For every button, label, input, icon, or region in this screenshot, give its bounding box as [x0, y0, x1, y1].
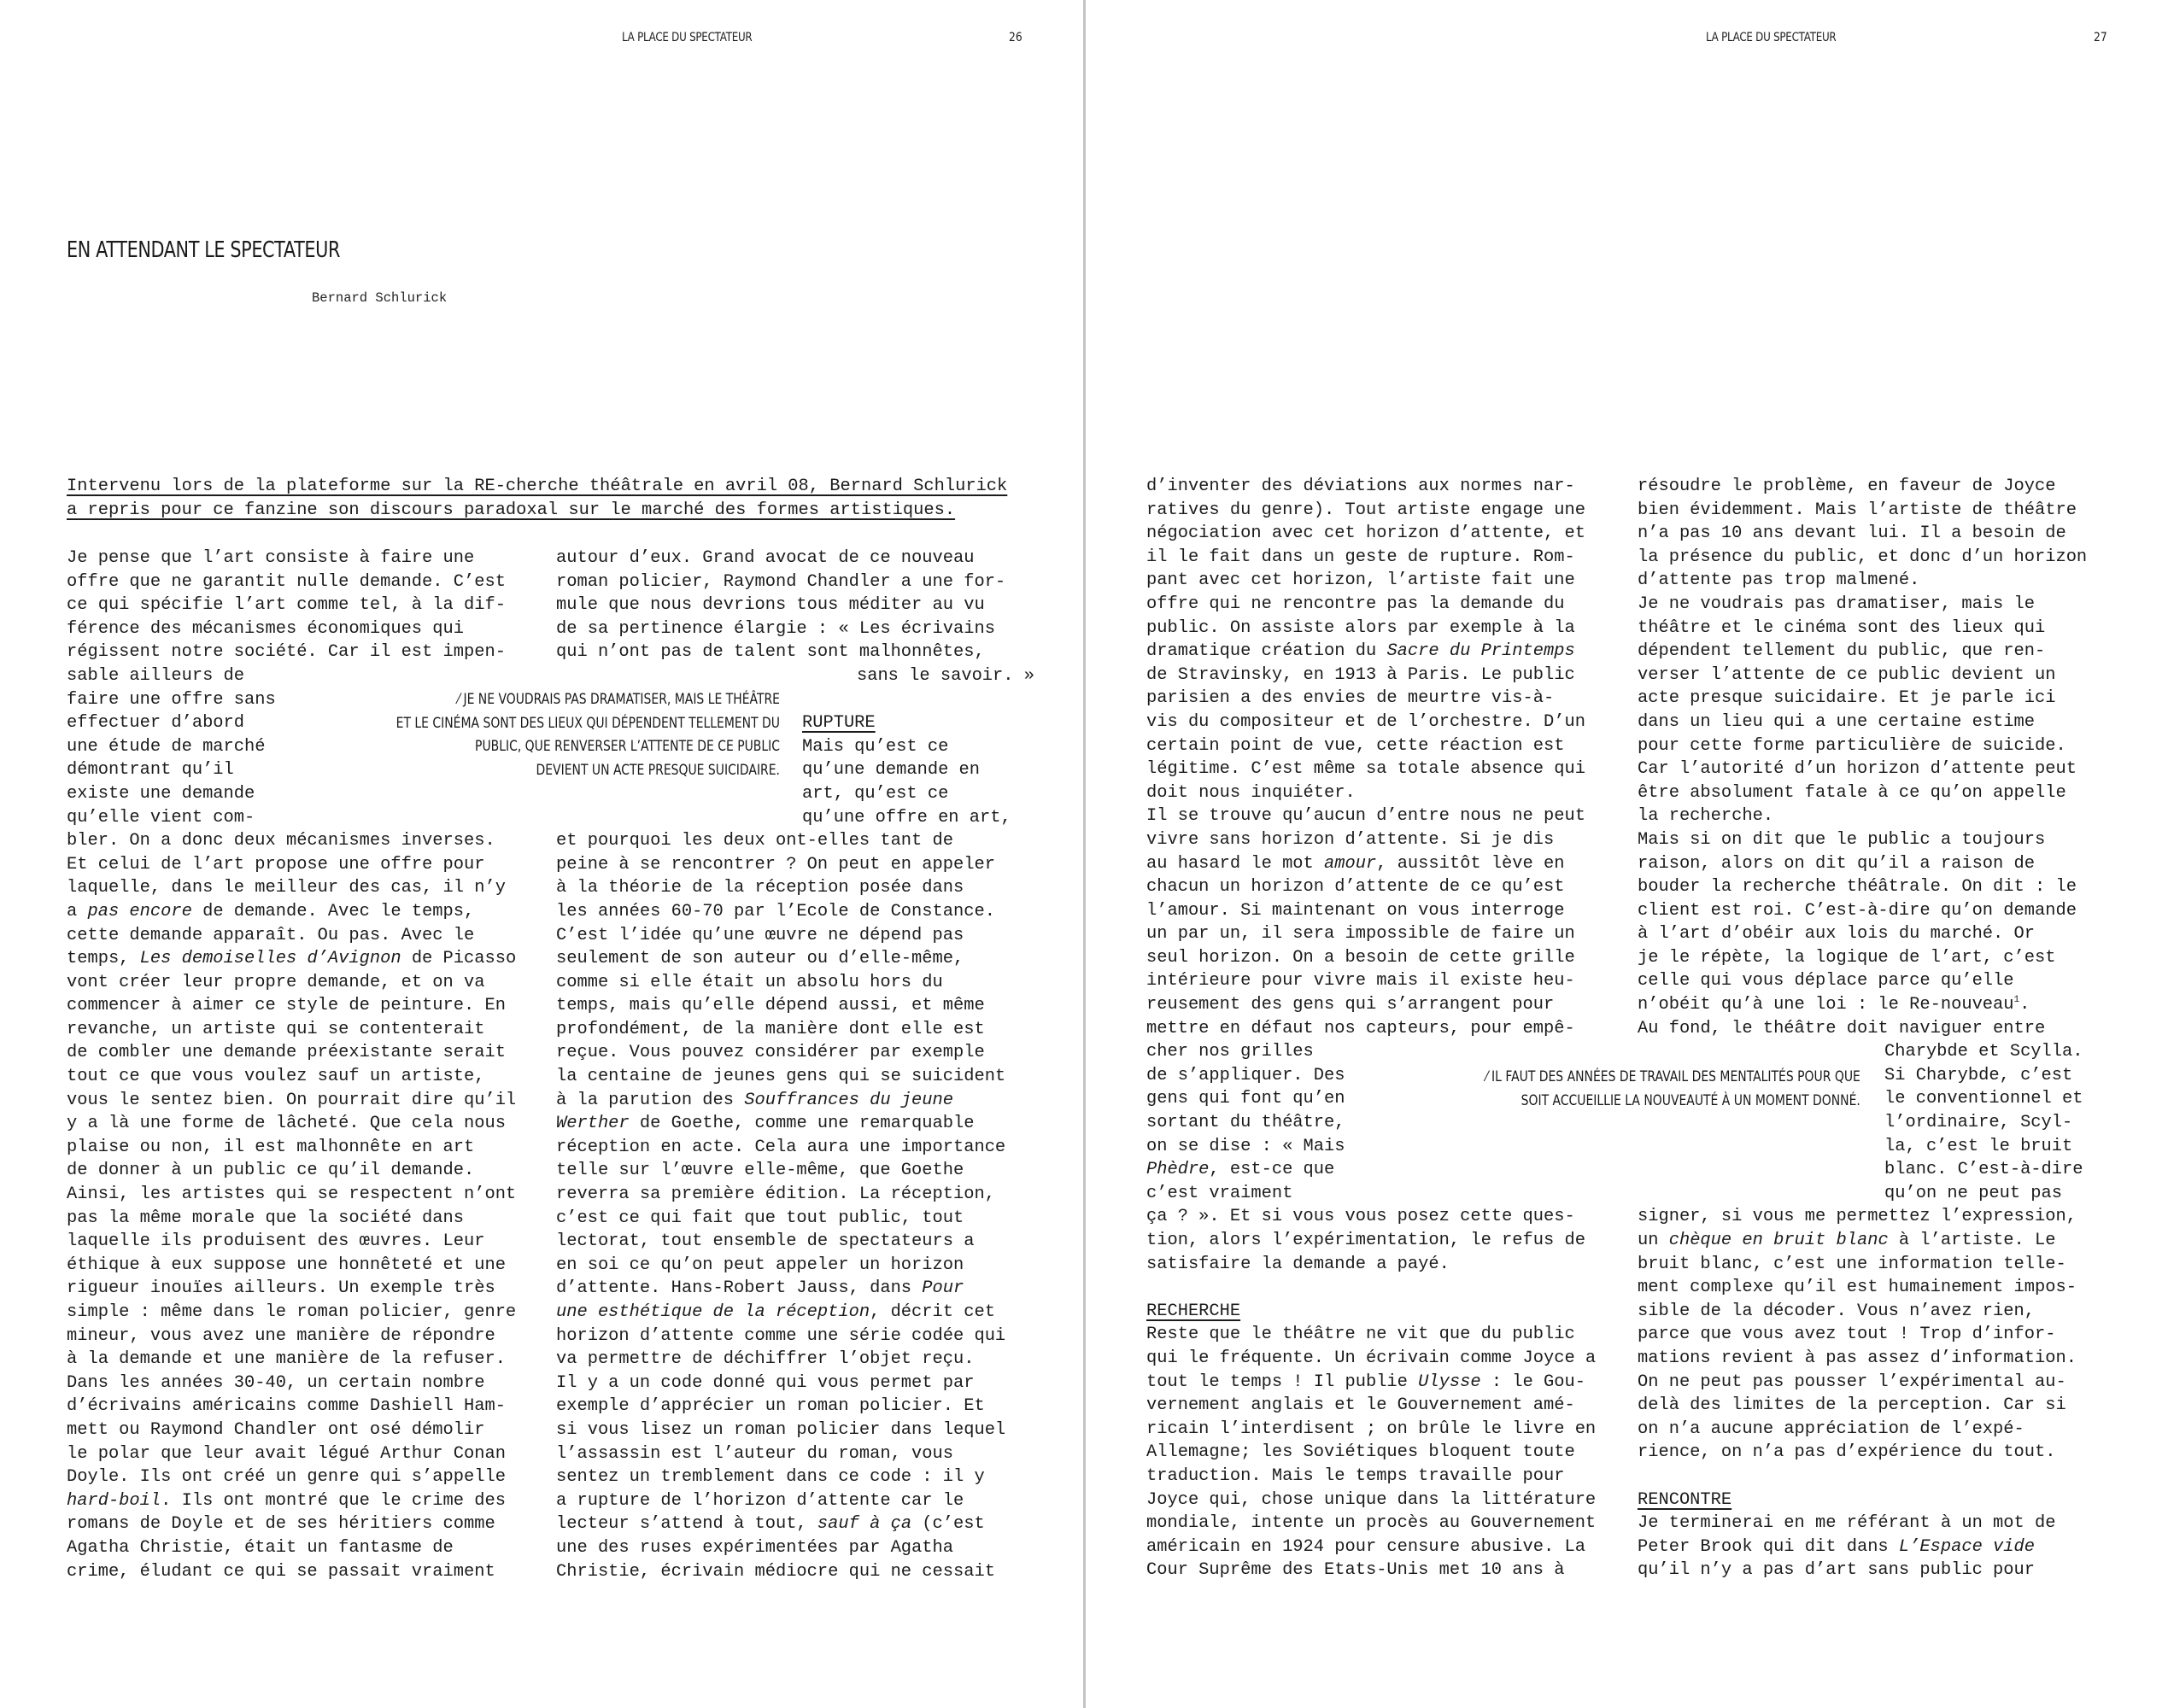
body-line: Car l’autorité d’un horizon d’attente pe…	[1638, 757, 2116, 781]
body-line: Et celui de l’art propose une offre pour	[67, 853, 516, 877]
body-line: signer, si vous me permettez l’expressio…	[1638, 1205, 2116, 1229]
author-name: Bernard Schlurick	[312, 290, 447, 306]
body-line: celle qui vous déplace parce qu’elle	[1638, 969, 2116, 993]
body-line: parce que vous avez tout ! Trop d’infor-	[1638, 1323, 2116, 1347]
body-line: cher nos grilles	[1146, 1040, 1596, 1064]
body-line: Joyce qui, chose unique dans la littérat…	[1146, 1489, 1596, 1512]
body-line: n’obéit qu’à une loi : le Re-nouveau1.	[1638, 993, 2116, 1017]
body-line: de Stravinsky, en 1913 à Paris. Le publi…	[1146, 664, 1596, 687]
body-line: art, qu’est ce	[556, 782, 1034, 806]
right-page-column-2: résoudre le problème, en faveur de Joyce…	[1638, 475, 2116, 1582]
body-line: être absolument fatale à ce qu’on appell…	[1638, 781, 2116, 805]
body-line: profondément, de la manière dont elle es…	[556, 1018, 1034, 1042]
body-line: reusement des gens qui s’arrangent pour	[1146, 993, 1596, 1017]
body-line: à l’art d’obéir aux lois du marché. Or	[1638, 922, 2116, 946]
body-line: ce qui spécifie l’art comme tel, à la di…	[67, 594, 516, 617]
body-line: un par un, il sera impossible de faire u…	[1146, 922, 1596, 946]
body-line: Allemagne; les Soviétiques bloquent tout…	[1146, 1441, 1596, 1465]
body-line: sans le savoir. »	[556, 664, 1034, 688]
body-line: qui le fréquente. Un écrivain comme Joyc…	[1146, 1347, 1596, 1371]
body-line: un chèque en bruit blanc à l’artiste. Le	[1638, 1229, 2116, 1253]
body-line: la, c’est le bruit	[1638, 1135, 2116, 1159]
body-line: crime, éludant ce qui se passait vraimen…	[67, 1560, 516, 1584]
body-line: Charybde et Scylla.	[1638, 1040, 2116, 1064]
body-line: simple : même dans le roman policier, ge…	[67, 1301, 516, 1325]
body-line: d’attente pas trop malmené.	[1638, 569, 2116, 593]
body-line: pant avec cet horizon, l’artiste fait un…	[1146, 569, 1596, 593]
body-line: seulement de son auteur ou d’elle-même,	[556, 947, 1034, 971]
page-number: 26	[1009, 31, 1022, 44]
body-line: à la théorie de la réception posée dans	[556, 876, 1034, 900]
intro-line: Intervenu lors de la plateforme sur la R…	[67, 475, 1007, 499]
body-line: en soi ce qu’on peut appeler un horizon	[556, 1254, 1034, 1278]
body-line: ça ? ». Et si vous vous posez cette ques…	[1146, 1205, 1596, 1229]
body-line: sortant du théâtre,	[1146, 1111, 1596, 1135]
body-line: d’attente. Hans-Robert Jauss, dans Pour	[556, 1277, 1034, 1301]
body-line: vivre sans horizon d’attente. Si je dis	[1146, 828, 1596, 852]
body-line: laquelle ils produisent des œuvres. Leur	[67, 1230, 516, 1254]
body-line: exemple d’apprécier un roman policier. E…	[556, 1395, 1034, 1418]
body-line: mule que nous devrions tous méditer au v…	[556, 594, 1034, 617]
body-line: certain point de vue, cette réaction est	[1146, 734, 1596, 758]
body-line: acte presque suicidaire. Et je parle ici	[1638, 687, 2116, 711]
body-line: sable ailleurs de	[67, 664, 516, 688]
body-line: et pourquoi les deux ont-elles tant de	[556, 829, 1034, 853]
body-line: ment complexe qu’il est humainement impo…	[1638, 1276, 2116, 1300]
body-line: offre qui ne rencontre pas la demande du	[1146, 593, 1596, 617]
body-line: plaise ou non, il est malhonnête en art	[67, 1136, 516, 1160]
body-line: Il y a un code donné qui vous permet par	[556, 1372, 1034, 1395]
body-line: bouder la recherche théâtrale. On dit : …	[1638, 875, 2116, 899]
body-line: l’ordinaire, Scyl-	[1638, 1111, 2116, 1135]
body-line: une des ruses expérimentées par Agatha	[556, 1536, 1034, 1560]
body-line: doit nous inquiéter.	[1146, 781, 1596, 805]
body-line: qu’il n’y a pas d’art sans public pour	[1638, 1559, 2116, 1582]
page-26: LA PLACE DU SPECTATEUR 26 EN ATTENDANT L…	[0, 0, 1083, 1708]
body-line: régissent notre société. Car il est impe…	[67, 640, 516, 664]
body-line: dépendent tellement du public, que ren-	[1638, 640, 2116, 664]
body-line: Je pense que l’art consiste à faire une	[67, 547, 516, 570]
body-line: bler. On a donc deux mécanismes inverses…	[67, 829, 516, 853]
body-line: d’écrivains américains comme Dashiell Ha…	[67, 1395, 516, 1418]
body-line: une esthétique de la réception, décrit c…	[556, 1301, 1034, 1325]
body-line: Phèdre, est-ce que	[1146, 1158, 1596, 1182]
body-line: bruit blanc, c’est une information telle…	[1638, 1253, 2116, 1277]
body-line: américain en 1924 pour censure abusive. …	[1146, 1535, 1596, 1559]
body-line: vernement anglais et le Gouvernement amé…	[1146, 1394, 1596, 1418]
body-line	[1146, 1276, 1596, 1300]
body-line: l’assassin est l’auteur du roman, vous	[556, 1442, 1034, 1466]
pull-quote-line: PUBLIC, QUE RENVERSER L’ATTENTE DE CE PU…	[396, 735, 780, 759]
body-line: traduction. Mais le temps travaille pour	[1146, 1465, 1596, 1489]
page-number: 27	[2094, 31, 2107, 44]
body-line: vis du compositeur et de l’orchestre. D’…	[1146, 711, 1596, 734]
body-line: l’amour. Si maintenant on vous interroge	[1146, 899, 1596, 923]
body-line: y a là une forme de lâcheté. Que cela no…	[67, 1112, 516, 1136]
body-line: lecteur s’attend à tout, sauf à ça (c’es…	[556, 1512, 1034, 1536]
body-line: a pas encore de demande. Avec le temps,	[67, 900, 516, 924]
pull-quote: ⁄ JE NE VOUDRAIS PAS DRAMATISER, MAIS LE…	[312, 688, 780, 782]
body-line: de sa pertinence élargie : « Les écrivai…	[556, 617, 1034, 641]
body-line: commencer à aimer ce style de peinture. …	[67, 994, 516, 1018]
body-line: Doyle. Ils ont créé un genre qui s’appel…	[67, 1465, 516, 1489]
body-line: le polar que leur avait légué Arthur Con…	[67, 1442, 516, 1466]
body-line: va permettre de déchiffrer l’objet reçu.	[556, 1348, 1034, 1372]
body-line: telle sur l’œuvre elle-même, que Goethe	[556, 1159, 1034, 1183]
body-line: qu’on ne peut pas	[1638, 1182, 2116, 1206]
body-line: horizon d’attente comme une série codée …	[556, 1325, 1034, 1348]
body-line: blanc. C’est-à-dire	[1638, 1158, 2116, 1182]
body-line: comme si elle était un absolu hors du	[556, 971, 1034, 995]
body-line: laquelle, dans le meilleur des cas, il n…	[67, 876, 516, 900]
body-line: ricain l’interdisent ; on brûle le livre…	[1146, 1418, 1596, 1442]
body-line	[1638, 1465, 2116, 1489]
intro-line: a repris pour ce fanzine son discours pa…	[67, 499, 1007, 523]
body-line: offre que ne garantit nulle demande. C’e…	[67, 570, 516, 594]
body-line: revanche, un artiste qui se contenterait	[67, 1018, 516, 1042]
body-line: C’est l’idée qu’une œuvre ne dépend pas	[556, 924, 1034, 948]
article-intro: Intervenu lors de la plateforme sur la R…	[67, 475, 1007, 522]
body-line: c’est vraiment	[1146, 1182, 1596, 1206]
right-page-column-1: d’inventer des déviations aux normes nar…	[1146, 475, 1596, 1582]
body-line: verser l’attente de ce public devient un	[1638, 664, 2116, 687]
body-line: qui n’ont pas de talent sont malhonnêtes…	[556, 640, 1034, 664]
body-line: mettre en défaut nos capteurs, pour empê…	[1146, 1017, 1596, 1041]
body-line: sible de la décoder. Vous n’avez rien,	[1638, 1300, 2116, 1324]
body-line: RECHERCHE	[1146, 1300, 1596, 1324]
body-line: lectorat, tout ensemble de spectateurs a	[556, 1230, 1034, 1254]
body-line: sentez un tremblement dans ce code : il …	[556, 1465, 1034, 1489]
body-line: mondiale, intente un procès au Gouvernem…	[1146, 1512, 1596, 1535]
body-line: delà des limites de la perception. Car s…	[1638, 1394, 2116, 1418]
body-line: mations revient à pas assez d’informatio…	[1638, 1347, 2116, 1371]
body-line: seul horizon. On a besoin de cette grill…	[1146, 946, 1596, 970]
body-line: public. On assiste alors par exemple à l…	[1146, 617, 1596, 640]
body-line: au hasard le mot amour, aussitôt lève en	[1146, 852, 1596, 876]
body-line: Werther de Goethe, comme une remarquable	[556, 1112, 1034, 1136]
body-line: reçue. Vous pouvez considérer par exempl…	[556, 1041, 1034, 1065]
body-line: théâtre et le cinéma sont des lieux qui	[1638, 617, 2116, 640]
body-line: la présence du public, et donc d’un hori…	[1638, 546, 2116, 570]
body-line: bien évidemment. Mais l’artiste de théât…	[1638, 499, 2116, 523]
body-line: RENCONTRE	[1638, 1489, 2116, 1512]
body-line: férence des mécanismes économiques qui	[67, 617, 516, 641]
body-line: Cour Suprême des Etats-Unis met 10 ans à	[1146, 1559, 1596, 1582]
body-line: hard-boil. Ils ont montré que le crime d…	[67, 1489, 516, 1513]
pull-quote-line: DEVIENT UN ACTE PRESQUE SUICIDAIRE.	[396, 759, 780, 783]
body-line: qu’une offre en art,	[556, 806, 1034, 830]
body-line: rience, on n’a pas d’expérience du tout.	[1638, 1441, 2116, 1465]
body-line: réception en acte. Cela aura une importa…	[556, 1136, 1034, 1160]
pull-quote-line: SOIT ACCUEILLIE LA NOUVEAUTÉ À UN MOMENT…	[1485, 1090, 1860, 1114]
body-line: roman policier, Raymond Chandler a une f…	[556, 570, 1034, 594]
body-line: Il se trouve qu’aucun d’entre nous ne pe…	[1146, 804, 1596, 828]
section-heading: RUPTURE	[802, 713, 876, 733]
section-heading: RENCONTRE	[1638, 1490, 1731, 1510]
body-line: à la demande et une manière de la refuse…	[67, 1348, 516, 1372]
pull-quote: ⁄ IL FAUT DES ANNÉES DE TRAVAIL DES MENT…	[1403, 1066, 1860, 1113]
body-line: pour cette forme particulière de suicide…	[1638, 734, 2116, 758]
body-line: la centaine de jeunes gens qui se suicid…	[556, 1065, 1034, 1089]
body-line: on n’a aucune appréciation de l’expé-	[1638, 1418, 2116, 1442]
body-line: a rupture de l’horizon d’attente car le	[556, 1489, 1034, 1513]
body-line: tout ce que vous voulez sauf un artiste,	[67, 1065, 516, 1089]
body-line: de combler une demande préexistante sera…	[67, 1041, 516, 1065]
pull-quote-line: ⁄ JE NE VOUDRAIS PAS DRAMATISER, MAIS LE…	[396, 688, 780, 712]
pull-quote-line: ET LE CINÉMA SONT DES LIEUX QUI DÉPENDEN…	[396, 712, 780, 736]
body-line: ratives du genre). Tout artiste engage u…	[1146, 499, 1596, 523]
running-head: LA PLACE DU SPECTATEUR	[622, 31, 752, 44]
body-line: la recherche.	[1638, 804, 2116, 828]
body-line: si vous lisez un roman policier dans leq…	[556, 1418, 1034, 1442]
body-line: romans de Doyle et de ses héritiers comm…	[67, 1512, 516, 1536]
body-line: tout le temps ! Il publie Ulysse : le Go…	[1146, 1371, 1596, 1395]
body-line: Ainsi, les artistes qui se respectent n’…	[67, 1183, 516, 1207]
body-line: qu’elle vient com-	[67, 806, 516, 830]
article-title: EN ATTENDANT LE SPECTATEUR	[67, 237, 340, 263]
body-line: temps, mais qu’elle dépend aussi, et mêm…	[556, 994, 1034, 1018]
body-line: rigueur inouïes ailleurs. Un exemple trè…	[67, 1277, 516, 1301]
body-line: mineur, vous avez une manière de répondr…	[67, 1325, 516, 1348]
body-line: il le fait dans un geste de rupture. Rom…	[1146, 546, 1596, 570]
body-line: raison, alors on dit qu’il a raison de	[1638, 852, 2116, 876]
body-line: Au fond, le théâtre doit naviguer entre	[1638, 1017, 2116, 1041]
body-line: Je terminerai en me référant à un mot de	[1638, 1512, 2116, 1535]
body-line: dramatique création du Sacre du Printemp…	[1146, 640, 1596, 664]
body-line: vous le sentez bien. On pourrait dire qu…	[67, 1089, 516, 1113]
body-line: pas la même morale que la société dans	[67, 1207, 516, 1231]
body-line: éthique à eux suppose une honnêteté et u…	[67, 1254, 516, 1278]
body-line: intérieure pour vivre mais il existe heu…	[1146, 969, 1596, 993]
body-line: à la parution des Souffrances du jeune	[556, 1089, 1034, 1113]
body-line: de donner à un public ce qu’il demande.	[67, 1159, 516, 1183]
body-line: négociation avec cet horizon d’attente, …	[1146, 522, 1596, 546]
body-line: temps, Les demoiselles d’Avignon de Pica…	[67, 947, 516, 971]
body-line: Reste que le théâtre ne vit que du publi…	[1146, 1323, 1596, 1347]
body-line: légitime. C’est même sa totale absence q…	[1146, 757, 1596, 781]
body-line: peine à se rencontrer ? On peut en appel…	[556, 853, 1034, 877]
body-line: dans un lieu qui a une certaine estime	[1638, 711, 2116, 734]
body-line: On ne peut pas pousser l’expérimental au…	[1638, 1371, 2116, 1395]
body-line: vont créer leur propre demande, et on va	[67, 971, 516, 995]
body-line: autour d’eux. Grand avocat de ce nouveau	[556, 547, 1034, 570]
body-line: client est roi. C’est-à-dire qu’on deman…	[1638, 899, 2116, 923]
body-line: Agatha Christie, était un fantasme de	[67, 1536, 516, 1560]
body-line: on se dise : « Mais	[1146, 1135, 1596, 1159]
body-line: Mais si on dit que le public a toujours	[1638, 828, 2116, 852]
body-line: chacun un horizon d’attente de ce qu’est	[1146, 875, 1596, 899]
body-line: satisfaire la demande a payé.	[1146, 1253, 1596, 1277]
body-line: résoudre le problème, en faveur de Joyce	[1638, 475, 2116, 499]
body-line: mett ou Raymond Chandler ont osé démolir	[67, 1418, 516, 1442]
running-head: LA PLACE DU SPECTATEUR	[1706, 31, 1836, 44]
body-line: existe une demande	[67, 782, 516, 806]
body-line: c’est ce qui fait que tout public, tout	[556, 1207, 1034, 1231]
body-line: Dans les années 30-40, un certain nombre	[67, 1372, 516, 1395]
section-heading: RECHERCHE	[1146, 1301, 1240, 1321]
body-line: d’inventer des déviations aux normes nar…	[1146, 475, 1596, 499]
body-line: Christie, écrivain médiocre qui ne cessa…	[556, 1560, 1034, 1584]
body-line: tion, alors l’expérimentation, le refus …	[1146, 1229, 1596, 1253]
body-line: parisien a des envies de meurtre vis-à-	[1146, 687, 1596, 711]
pull-quote-line: ⁄ IL FAUT DES ANNÉES DE TRAVAIL DES MENT…	[1485, 1066, 1860, 1090]
body-line: reverra sa première édition. La réceptio…	[556, 1183, 1034, 1207]
body-line: je le répète, la logique de l’art, c’est	[1638, 946, 2116, 970]
body-line: cette demande apparaît. Ou pas. Avec le	[67, 924, 516, 948]
body-line: n’a pas 10 ans devant lui. Il a besoin d…	[1638, 522, 2116, 546]
body-line: Peter Brook qui dit dans L’Espace vide	[1638, 1535, 2116, 1559]
body-line: Je ne voudrais pas dramatiser, mais le	[1638, 593, 2116, 617]
body-line: les années 60-70 par l’Ecole de Constanc…	[556, 900, 1034, 924]
